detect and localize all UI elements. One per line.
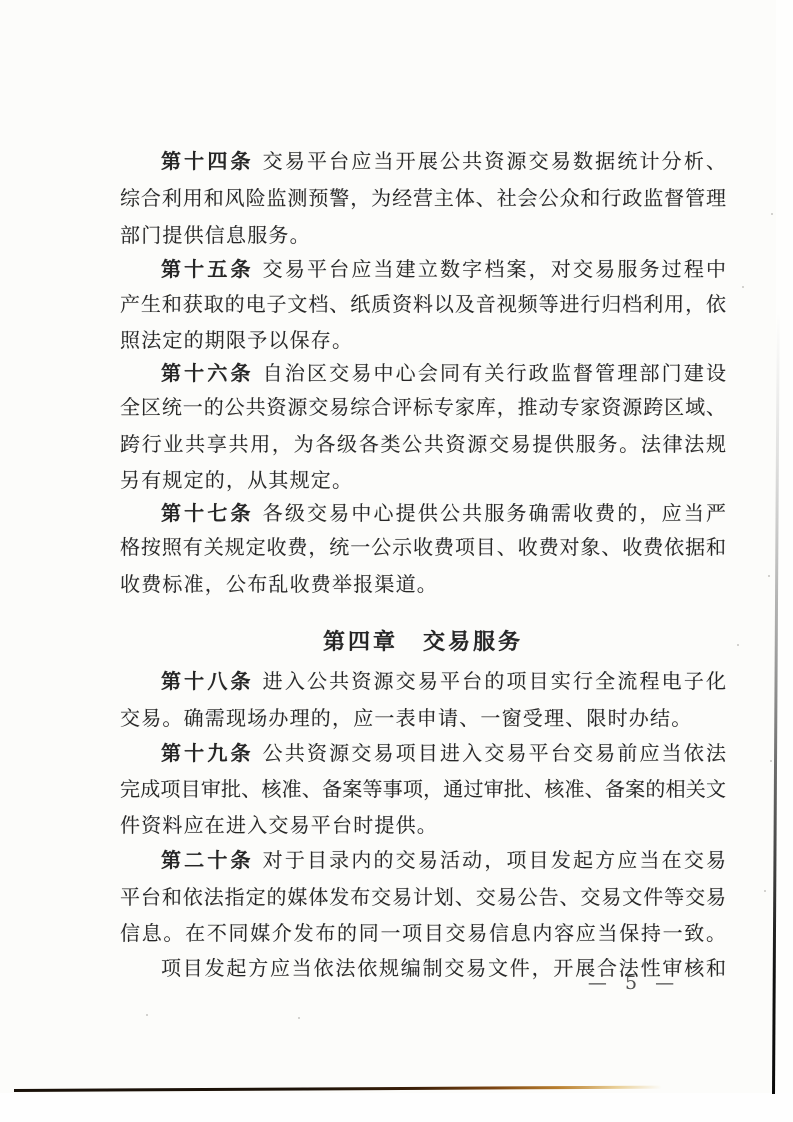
scan-speck — [770, 760, 772, 762]
article-number: 第十九条 — [161, 741, 254, 765]
text-line: 另有规定的，从其规定。 — [120, 467, 726, 493]
scan-speck — [737, 644, 739, 646]
article-number: 第十五条 — [161, 257, 254, 281]
page-number: — 5 — — [586, 972, 678, 994]
text-line: 件资料应在进入交易平台时提供。 — [120, 812, 726, 838]
scan-speck — [742, 286, 744, 288]
text-line: 第十九条公共资源交易项目进入交易平台交易前应当依法 — [120, 740, 726, 766]
text-line: 第十五条交易平台应当建立数字档案，对交易服务过程中 — [120, 256, 726, 282]
article-number: 第十四条 — [161, 149, 254, 173]
scan-speck — [768, 575, 770, 577]
article-number: 第二十条 — [161, 848, 254, 872]
article-number: 第十八条 — [161, 669, 254, 693]
scan-margin-right — [776, 0, 793, 1122]
scan-speck — [298, 1017, 300, 1019]
article-number: 第十七条 — [161, 501, 254, 525]
text-line: 第二十条对于目录内的交易活动，项目发起方应当在交易 — [120, 847, 726, 873]
text-line: 全区统一的公共资源交易综合评标专家库，推动专家资源跨区域、 — [120, 394, 726, 420]
chapter-heading: 第四章 交易服务 — [120, 629, 726, 655]
text-line: 信息。在不同媒介发布的同一项目交易信息内容应当保持一致。 — [120, 920, 726, 946]
text-line: 格按照有关规定收费，统一公示收费项目、收费对象、收费依据和 — [120, 534, 726, 560]
text-line: 第十七条各级交易中心提供公共服务确需收费的，应当严 — [120, 500, 726, 526]
scan-speck — [764, 890, 766, 892]
text-line: 部门提供信息服务。 — [120, 222, 726, 248]
text-line: 第十六条自治区交易中心会同有关行政监督管理部门建设 — [120, 360, 726, 386]
scan-margin-bottom — [0, 1093, 793, 1122]
text-line: 综合利用和风险监测预警，为经营主体、社会公众和行政监督管理 — [120, 185, 726, 211]
text-line: 收费标准，公布乱收费举报渠道。 — [120, 571, 726, 597]
text-line: 照法定的期限予以保存。 — [120, 327, 726, 353]
text-line: 交易。确需现场办理的，应一表申请、一窗受理、限时办结。 — [120, 705, 726, 731]
text-line: 平台和依法指定的媒体发布交易计划、交易公告、交易文件等交易 — [120, 884, 726, 910]
article-number: 第十六条 — [161, 361, 254, 385]
scan-speck — [771, 213, 773, 215]
scan-speck — [146, 1014, 148, 1016]
text-line: 第十八条进入公共资源交易平台的项目实行全流程电子化 — [120, 668, 726, 694]
text-line: 完成项目审批、核准、备案等事项，通过审批、核准、备案的相关文 — [120, 776, 726, 802]
text-line: 第十四条交易平台应当开展公共资源交易数据统计分析、 — [120, 148, 726, 174]
scan-edge-horizontal — [14, 1086, 662, 1092]
text-line: 跨行业共享共用，为各级各类公共资源交易提供服务。法律法规 — [120, 431, 726, 457]
document-page: 第十四条交易平台应当开展公共资源交易数据统计分析、 综合利用和风险监测预警，为经… — [0, 0, 793, 1122]
text-line: 产生和获取的电子文档、纸质资料以及音视频等进行归档利用，依 — [120, 291, 726, 317]
